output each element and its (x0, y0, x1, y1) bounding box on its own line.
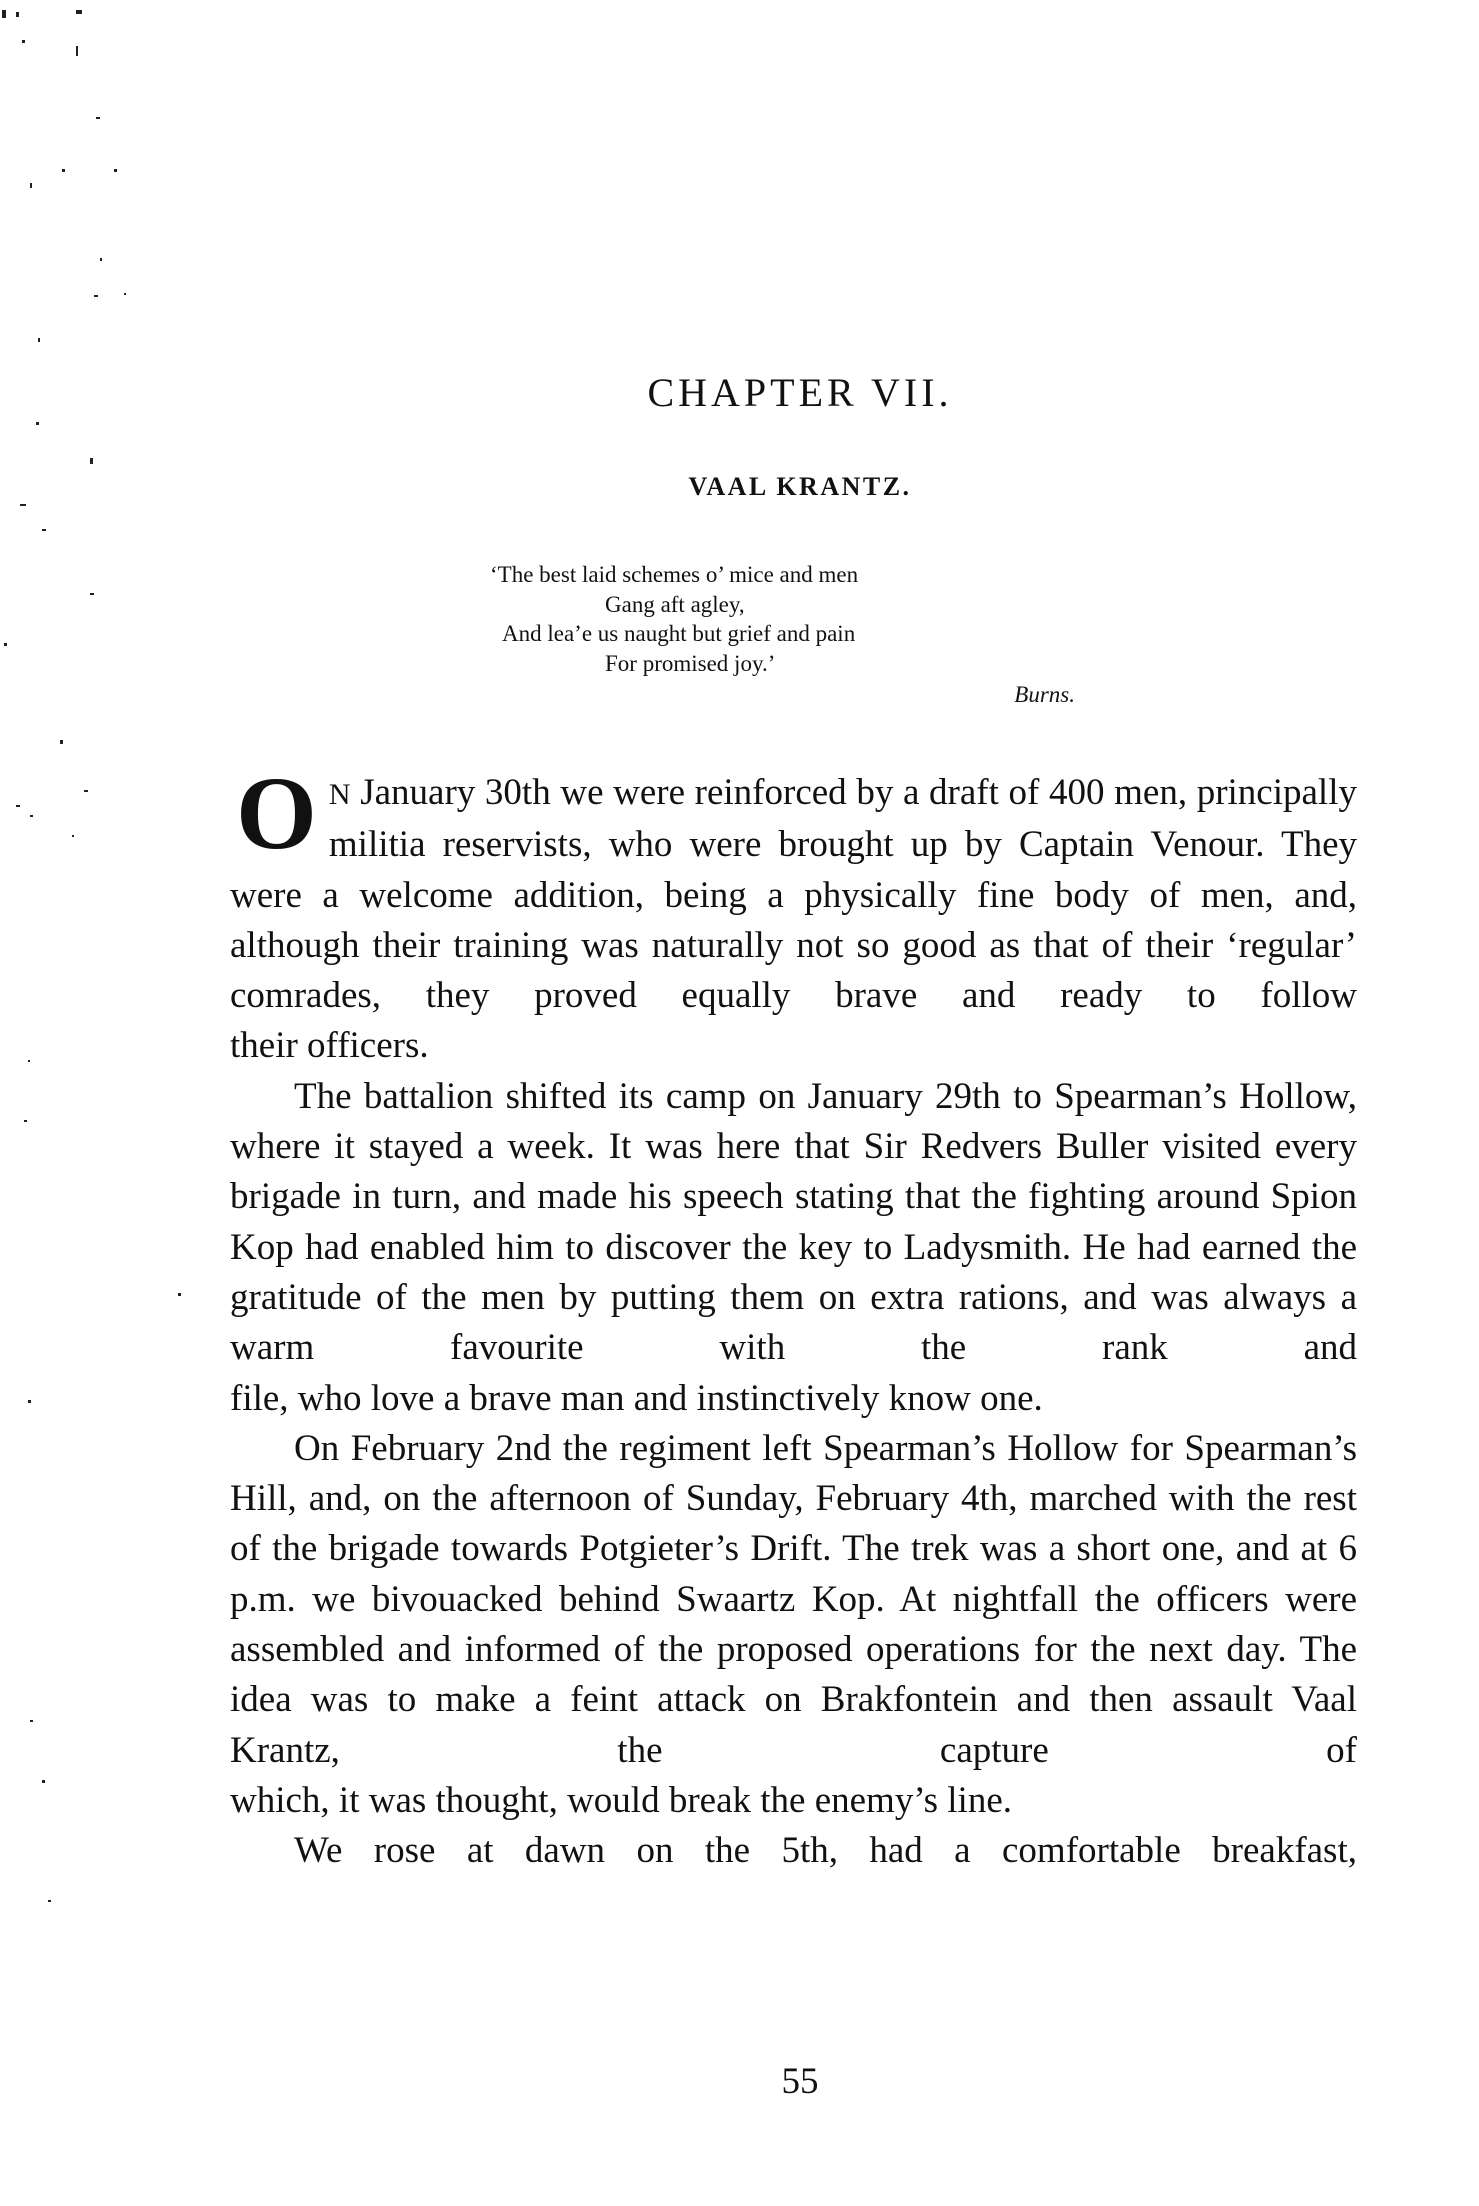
paragraph-text: On February 2nd the regiment left Spearm… (230, 1428, 1357, 1771)
epigraph-line: For promised joy.’ (490, 649, 1075, 679)
paragraph: We rose at dawn on the 5th, had a comfor… (230, 1826, 1357, 1876)
epigraph-line: And lea’e us naught but grief and pain (490, 619, 1075, 649)
body-text: ON January 30th we were reinforced by a … (230, 768, 1357, 1877)
chapter-number: CHAPTER VII. (0, 368, 1479, 418)
paragraph-text: The battalion shifted its camp on Januar… (230, 1076, 1357, 1368)
paragraph: On February 2nd the regiment left Spearm… (230, 1424, 1357, 1776)
paragraph-last-line: which, it was thought, would break the e… (230, 1776, 1357, 1826)
chapter-title: VAAL KRANTZ. (0, 470, 1479, 504)
paragraph-text: which, it was thought, would break the e… (230, 1780, 1012, 1821)
paragraph-last-line: file, who love a brave man and instincti… (230, 1374, 1357, 1424)
drop-cap: O (236, 774, 317, 862)
paragraph-text: We rose at dawn on the 5th, had a comfor… (294, 1830, 1357, 1871)
paragraph: ON January 30th we were reinforced by a … (230, 768, 1357, 1021)
paragraph: The battalion shifted its camp on Januar… (230, 1072, 1357, 1374)
book-page: CHAPTER VII. VAAL KRANTZ. ‘The best laid… (0, 0, 1479, 2206)
epigraph: ‘The best laid schemes o’ mice and men G… (490, 560, 1075, 710)
small-cap-lead: N (329, 778, 351, 811)
epigraph-line: Gang aft agley, (490, 590, 1075, 620)
paragraph-last-line: their officers. (230, 1021, 1357, 1071)
epigraph-line: ‘The best laid schemes o’ mice and men (490, 560, 1075, 590)
page-number: 55 (0, 2060, 1479, 2104)
paragraph-text: their officers. (230, 1025, 429, 1066)
paragraph-text: file, who love a brave man and instincti… (230, 1378, 1043, 1419)
paragraph-text: January 30th we were reinforced by a dra… (230, 772, 1357, 1016)
epigraph-attribution: Burns. (490, 678, 1075, 710)
